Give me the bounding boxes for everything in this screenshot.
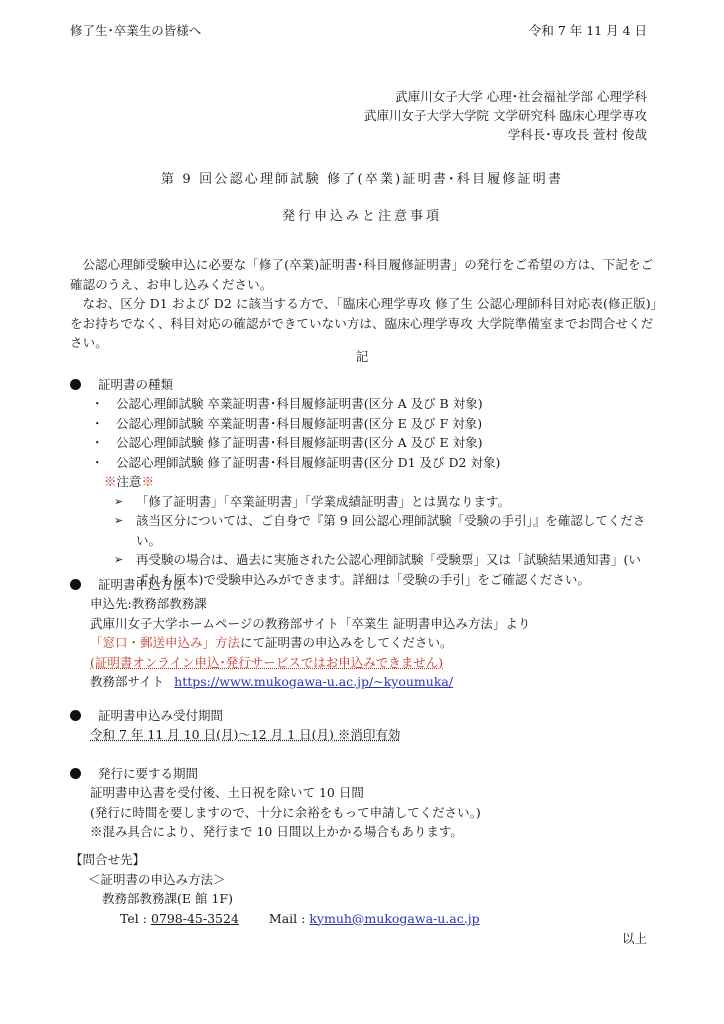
bullet-icon bbox=[70, 579, 81, 590]
small-bullet-icon: ・ bbox=[91, 433, 116, 453]
caution-note-text: 該当区分については、ご自身で『第 9 回公認心理師試験「受験の手引」』を確認して… bbox=[136, 511, 646, 550]
list-item-label: 公認心理師試験 卒業証明書･科目履修証明書(区分 E 及び F 対象) bbox=[116, 414, 482, 434]
bullet-icon bbox=[70, 379, 81, 390]
mail-label: Mail : bbox=[269, 911, 305, 926]
small-bullet-icon: ・ bbox=[91, 394, 116, 414]
section-heading-label: 証明書申込方法 bbox=[98, 575, 186, 594]
section-heading-label: 証明書申込み受付期間 bbox=[98, 706, 223, 725]
list-item: ・ 公認心理師試験 卒業証明書･科目履修証明書(区分 E 及び F 対象) bbox=[70, 414, 646, 434]
section-heading: 証明書の種類 bbox=[70, 375, 646, 394]
application-instruction: 武庫川女子大学ホームページの教務部サイト「卒業生 証明書申込み方法」より bbox=[70, 614, 530, 634]
ki-heading: 記 bbox=[0, 347, 724, 366]
intro-text: 公認心理師受験申込に必要な「修了(卒業)証明書･科目履修証明書」の発行をご希望の… bbox=[70, 255, 660, 353]
list-item: ・ 公認心理師試験 修了証明書･科目履修証明書(区分 A 及び E 対象) bbox=[70, 433, 646, 453]
addressee: 修了生･卒業生の皆様へ bbox=[70, 21, 201, 40]
caution-note: ➢ 「修了証明書」「卒業証明書」「学業成績証明書」とは異なります。 bbox=[70, 492, 646, 512]
intro-paragraph: 公認心理師受験申込に必要な「修了(卒業)証明書･科目履修証明書」の発行をご希望の… bbox=[70, 255, 660, 294]
issuance-line: 証明書申込書を受付後、土日祝を除いて 10 日間 bbox=[70, 783, 481, 803]
site-line: 教務部サイトhttps://www.mukogawa-u.ac.jp/~kyou… bbox=[70, 672, 530, 692]
contact-heading: 【問合せ先】 bbox=[70, 850, 480, 870]
counter-mail-method: 「窓口・郵送申込み」方法 bbox=[90, 635, 240, 650]
site-label: 教務部サイト bbox=[90, 674, 164, 689]
document-subtitle: 発行申込みと注意事項 bbox=[0, 207, 724, 226]
sender-line: 武庫川女子大学 心理･社会福祉学部 心理学科 bbox=[364, 87, 647, 106]
section-heading: 証明書申込み受付期間 bbox=[70, 706, 400, 725]
issuance-line: ※混み具合により、発行まで 10 日間以上かかる場合もあります。 bbox=[70, 822, 481, 842]
intro-paragraph: なお、区分 D1 および D2 に該当する方で、「臨床心理学専攻 修了生 公認心… bbox=[70, 294, 660, 353]
application-destination: 申込先:教務部教務課 bbox=[70, 594, 530, 614]
caution-note-text: 「修了証明書」「卒業証明書」「学業成績証明書」とは異なります。 bbox=[136, 492, 646, 512]
bullet-icon bbox=[70, 710, 81, 721]
sender-block: 武庫川女子大学 心理･社会福祉学部 心理学科 武庫川女子大学大学院 文学研究科 … bbox=[364, 87, 647, 144]
section-issuance-period: 発行に要する期間 証明書申込書を受付後、土日祝を除いて 10 日間 (発行に時間… bbox=[70, 764, 481, 842]
list-item-label: 公認心理師試験 卒業証明書･科目履修証明書(区分 A 及び B 対象) bbox=[116, 394, 483, 414]
kyoumuka-site-link[interactable]: https://www.mukogawa-u.ac.jp/~kyoumuka/ bbox=[174, 674, 453, 689]
small-bullet-icon: ・ bbox=[91, 453, 116, 473]
tel-number: 0798-45-3524 bbox=[151, 911, 239, 926]
document-page: 修了生･卒業生の皆様へ 令和 7 年 11 月 4 日 武庫川女子大学 心理･社… bbox=[0, 0, 724, 1024]
section-certificate-types: 証明書の種類 ・ 公認心理師試験 卒業証明書･科目履修証明書(区分 A 及び B… bbox=[70, 375, 646, 589]
issuance-line: (発行に時間を要しますので、十分に余裕をもって申請してください。) bbox=[70, 803, 481, 823]
document-title: 第 9 回公認心理師試験 修了(卒業)証明書･科目履修証明書 bbox=[0, 170, 724, 189]
caution-label: 注意 bbox=[117, 474, 142, 489]
arrow-bullet-icon: ➢ bbox=[114, 511, 136, 550]
mail-link[interactable]: kymuh@mukogawa-u.ac.jp bbox=[309, 911, 479, 926]
online-warning: (証明書オンライン申込･発行サービスではお申込みできません) bbox=[70, 653, 530, 673]
section-heading: 発行に要する期間 bbox=[70, 764, 481, 783]
contact-subheading: ＜証明書の申込み方法＞ bbox=[70, 870, 480, 890]
small-bullet-icon: ・ bbox=[91, 414, 116, 434]
online-warning-text: (証明書オンライン申込･発行サービスではお申込みできません) bbox=[90, 655, 443, 670]
issue-date: 令和 7 年 11 月 4 日 bbox=[529, 21, 647, 40]
section-application-method: 証明書申込方法 申込先:教務部教務課 武庫川女子大学ホームページの教務部サイト「… bbox=[70, 575, 530, 692]
tel-label: Tel : bbox=[120, 911, 147, 926]
application-method-line: 「窓口・郵送申込み」方法にて証明書の申込みをしてください。 bbox=[70, 633, 530, 653]
sender-line: 学科長･専攻長 萱村 俊哉 bbox=[364, 125, 647, 144]
reference-mark-icon: ※ bbox=[142, 474, 155, 489]
list-item: ・ 公認心理師試験 卒業証明書･科目履修証明書(区分 A 及び B 対象) bbox=[70, 394, 646, 414]
application-period-text: 令和 7 年 11 月 10 日(月)～12 月 1 日(月) ※消印有効 bbox=[90, 727, 400, 742]
reference-mark-icon: ※ bbox=[104, 474, 117, 489]
arrow-bullet-icon: ➢ bbox=[114, 492, 136, 512]
list-item-label: 公認心理師試験 修了証明書･科目履修証明書(区分 A 及び E 対象) bbox=[116, 433, 483, 453]
section-application-period: 証明書申込み受付期間 令和 7 年 11 月 10 日(月)～12 月 1 日(… bbox=[70, 706, 400, 745]
section-heading: 証明書申込方法 bbox=[70, 575, 530, 594]
application-method-rest: にて証明書の申込みをしてください。 bbox=[240, 635, 453, 650]
caution-note: ➢ 該当区分については、ご自身で『第 9 回公認心理師試験「受験の手引」』を確認… bbox=[70, 511, 646, 550]
closing-mark: 以上 bbox=[622, 929, 647, 948]
contact-office: 教務部教務課(E 館 1F) bbox=[70, 889, 480, 909]
section-heading-label: 証明書の種類 bbox=[98, 375, 173, 394]
application-period-line: 令和 7 年 11 月 10 日(月)～12 月 1 日(月) ※消印有効 bbox=[70, 725, 400, 745]
list-item: ・ 公認心理師試験 修了証明書･科目履修証明書(区分 D1 及び D2 対象) bbox=[70, 453, 646, 473]
caution-heading: ※注意※ bbox=[70, 472, 646, 492]
contact-line: Tel : 0798-45-3524 Mail : kymuh@mukogawa… bbox=[70, 909, 480, 929]
list-item-label: 公認心理師試験 修了証明書･科目履修証明書(区分 D1 及び D2 対象) bbox=[116, 453, 500, 473]
section-heading-label: 発行に要する期間 bbox=[98, 764, 198, 783]
bullet-icon bbox=[70, 768, 81, 779]
sender-line: 武庫川女子大学大学院 文学研究科 臨床心理学専攻 bbox=[364, 106, 647, 125]
contact-block: 【問合せ先】 ＜証明書の申込み方法＞ 教務部教務課(E 館 1F) Tel : … bbox=[70, 850, 480, 928]
